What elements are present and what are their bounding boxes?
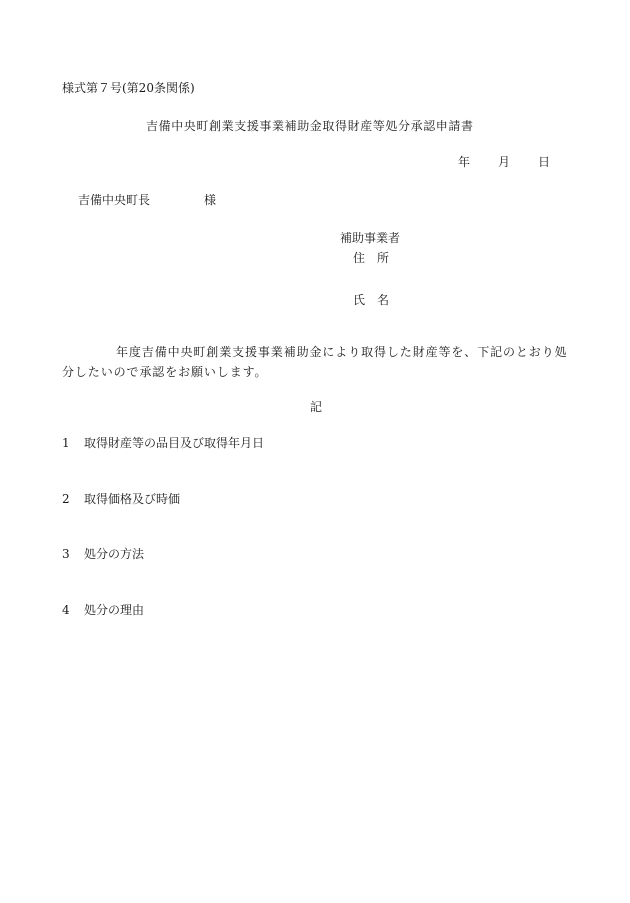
list-item: 3処分の方法 [62,548,144,560]
list-item: 1取得財産等の品目及び取得年月日 [62,437,264,449]
item-number: 4 [62,604,84,616]
item-label: 処分の理由 [84,603,144,617]
body-text: 年度吉備中央町創業支援事業補助金により取得した財産等を、下記のとおり処分したいの… [62,345,568,379]
document-title: 吉備中央町創業支援事業補助金取得財産等処分承認申請書 [146,120,474,132]
ki-label: 記 [310,401,322,413]
item-number: 3 [62,548,84,560]
applicant-heading: 補助事業者 [340,232,400,244]
addressee: 吉備中央町長様 [78,194,216,206]
applicant-block: 補助事業者 住 所 氏 名 [340,232,400,314]
body-paragraph: 年度吉備中央町創業支援事業補助金により取得した財産等を、下記のとおり処分したいの… [62,342,572,382]
item-label: 取得価格及び時価 [84,492,180,506]
item-number: 1 [62,437,84,449]
date-line: 年月日 [458,156,550,168]
list-item: 2取得価格及び時価 [62,493,180,505]
item-number: 2 [62,493,84,505]
item-label: 取得財産等の品目及び取得年月日 [84,436,264,450]
addressee-name: 吉備中央町長 [78,193,150,207]
list-item: 4処分の理由 [62,604,144,616]
addressee-honorific: 様 [204,193,216,207]
month-label: 月 [498,156,510,168]
year-label: 年 [458,156,470,168]
applicant-name-label: 氏 名 [340,294,400,306]
item-label: 処分の方法 [84,547,144,561]
day-label: 日 [538,156,550,168]
applicant-address-label: 住 所 [340,252,400,264]
form-number: 様式第７号(第20条関係) [62,82,195,94]
